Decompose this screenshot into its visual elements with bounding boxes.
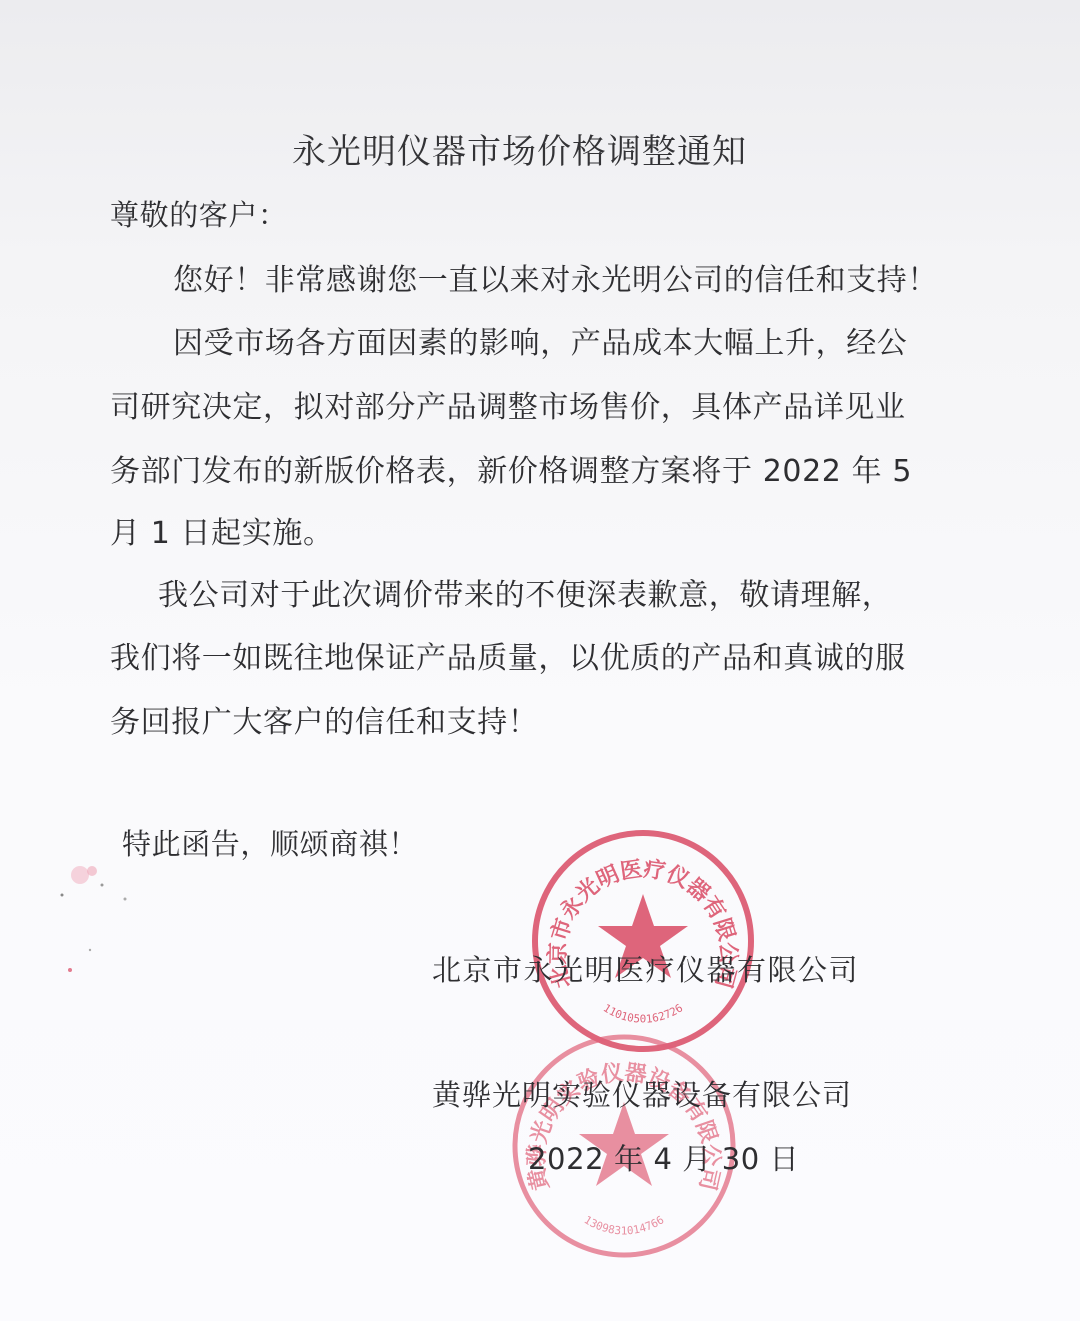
paragraph-line: 月 1 日起实施。	[110, 508, 334, 552]
salutation: 尊敬的客户：	[110, 193, 288, 234]
signatory-beijing: 北京市永光明医疗仪器有限公司	[432, 948, 859, 989]
seal-serial: 1309831014766	[582, 1213, 667, 1237]
greeting-line: 您好！非常感谢您一直以来对永光明公司的信任和支持！	[173, 255, 938, 299]
svg-text:1101050162726: 1101050162726	[601, 1001, 685, 1025]
svg-text:1309831014766: 1309831014766	[582, 1213, 667, 1237]
paragraph-line: 我公司对于此次调价带来的不便深表歉意，敬请理解，	[158, 570, 892, 614]
paragraph-line: 司研究决定，拟对部分产品调整市场售价，具体产品详见业	[110, 382, 906, 426]
issue-date: 2022 年 4 月 30 日	[528, 1137, 799, 1178]
seal-serial: 1101050162726	[601, 1001, 685, 1025]
paragraph-line: 务回报广大客户的信任和支持！	[110, 697, 538, 741]
signatory-huanghua: 黄骅光明实验仪器设备有限公司	[432, 1073, 852, 1114]
paragraph-line: 务部门发布的新版价格表，新价格调整方案将于 2022 年 5	[110, 446, 912, 490]
paragraph-line: 因受市场各方面因素的影响，产品成本大幅上升，经公	[173, 318, 907, 362]
document-title: 永光明仪器市场价格调整通知	[292, 124, 747, 173]
notice-document: 永光明仪器市场价格调整通知 尊敬的客户： 您好！非常感谢您一直以来对永光明公司的…	[0, 0, 1080, 1321]
ink-speck	[40, 855, 180, 975]
paragraph-line: 我们将一如既往地保证产品质量，以优质的产品和真诚的服	[110, 633, 906, 677]
company-seal-icon: 北京市永光明医疗仪器有限公司 1101050162726	[528, 826, 758, 1056]
